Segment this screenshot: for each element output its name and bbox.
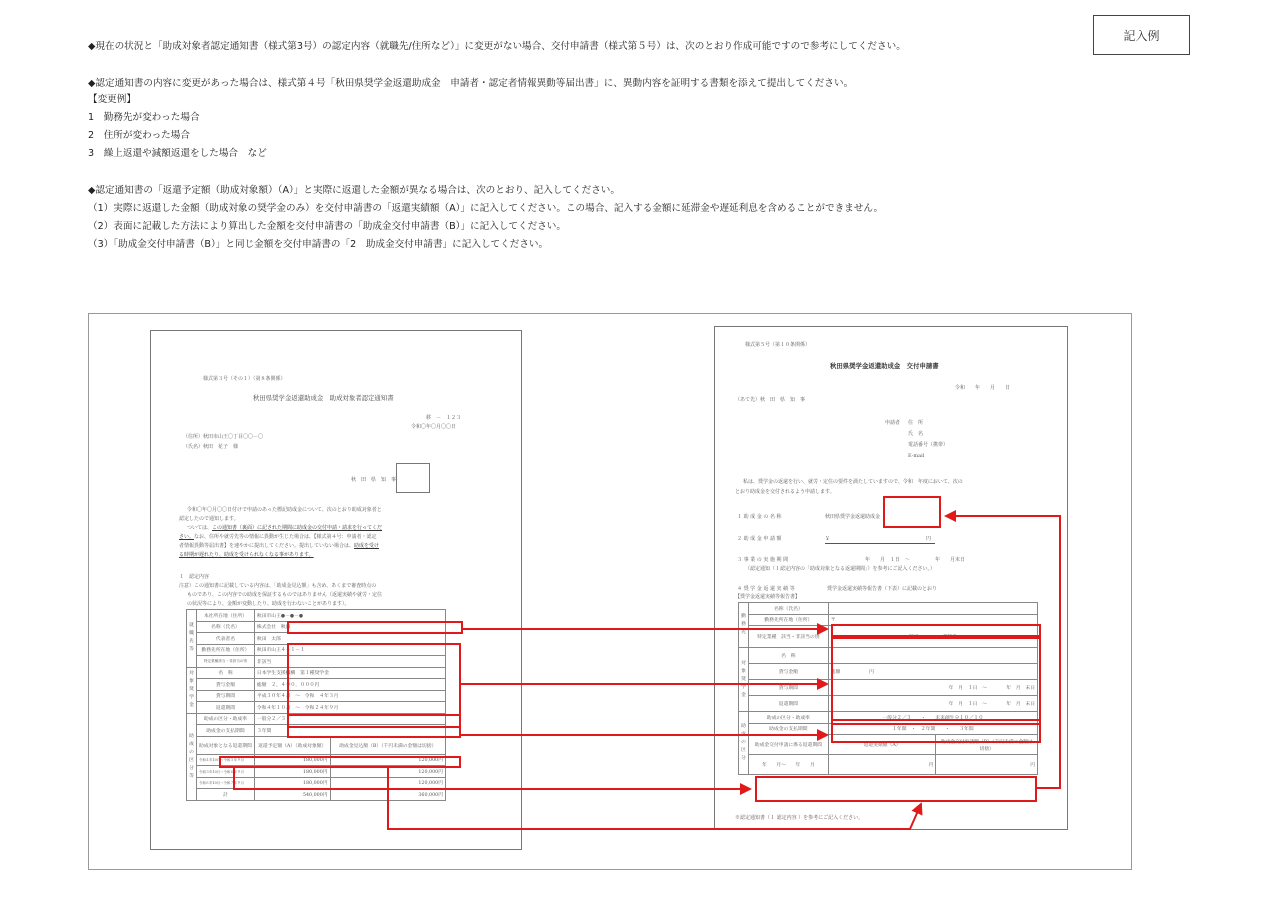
applicant-name: 氏 名 bbox=[908, 431, 923, 438]
left-body-3: ついては、この通知書（裏面）に記された期間に助成金の交付申請・請求を行ってくだ bbox=[187, 525, 382, 532]
step-3: （3）「助成金交付申請書（B）」と同じ金額を交付申請書の「2 助成金交付申請書」… bbox=[88, 238, 548, 251]
change-example-2: 2 住所が変わった場合 bbox=[88, 129, 190, 142]
item1-value: 秋田県奨学金返還助成金 bbox=[825, 514, 880, 521]
intro-line-2: ◆認定通知書の内容に変更があった場合は、様式第４号「秋田県奨学金返還助成金 申請… bbox=[88, 77, 853, 90]
example-badge: 記入例 bbox=[1093, 15, 1190, 55]
step-1: （1）実際に返還した金額（助成対象の奨学金のみ）を交付申請書の「返還実績額（A）… bbox=[88, 202, 883, 215]
left-address: （住所）秋田市山王〇丁目〇〇－〇 bbox=[183, 434, 263, 441]
left-form-label: 様式第３号（その１）（第８条関係） bbox=[203, 376, 286, 383]
repayment-period-input[interactable]: 年 月～ 年 月 bbox=[748, 755, 828, 775]
right-body-2: とおり助成金を交付されるよう申請します。 bbox=[735, 489, 835, 496]
report-title: 【奨学金返還実績等報告書】 bbox=[735, 594, 800, 601]
step-2: （2）表面に記載した方法により算出した金額を交付申請書の「助成金交付申請書（B）… bbox=[88, 220, 566, 233]
left-body-6: る時期が遅れたり、助成を受けられなくなる事があります。 bbox=[179, 552, 314, 559]
left-body-1: 令和〇年〇月〇〇日付けで申請のあった標記助成金について、次のとおり助成対象者と bbox=[187, 507, 382, 514]
grant-request-field[interactable]: 円 bbox=[936, 755, 1038, 775]
item3-value: 年 月 １日 ～ 年 月末日 bbox=[865, 557, 965, 564]
left-date: 令和〇年〇月〇〇日 bbox=[411, 424, 456, 431]
left-body-2: 認定したので通知します。 bbox=[179, 516, 239, 523]
right-report-table: 勤務先 名称（氏名） 勤務先所在地（住所）〒 特定業種 該当・非該当の別該当 ・… bbox=[738, 602, 1038, 775]
applicant-email: E-mail bbox=[908, 453, 924, 460]
change-example-1: 1 勤務先が変わった場合 bbox=[88, 111, 200, 124]
grant-application-document: 様式第５号（第１０条関係） 秋田県奨学金返還助成金 交付申請書 令和 年 月 日… bbox=[714, 326, 1068, 830]
right-date: 令和 年 月 日 bbox=[955, 385, 1010, 392]
right-footnote: ※認定通知書（１ 認定内容 ）を参考にご記入ください。 bbox=[735, 815, 863, 822]
item4-value: 奨学金返還実績等報告書（下表）に記載のとおり bbox=[827, 586, 937, 593]
industry-field[interactable]: 該当 ・ 非該当 bbox=[828, 626, 1037, 648]
left-issuer: 秋 田 県 知 事 bbox=[351, 477, 396, 484]
loan-amount-field[interactable]: 総額 円 bbox=[828, 664, 1037, 680]
left-body-5: 者情報異動等届出書】を速やかに提出してください。提出していない場合は、助成を受け bbox=[179, 543, 379, 550]
left-note-2: ものであり、この内容での助成を保証するものではありません（返還実績や就労・定住 bbox=[187, 592, 382, 599]
change-examples-heading: 【変更例】 bbox=[88, 93, 136, 106]
left-section-title: １ 認定内容 bbox=[179, 574, 209, 581]
seal-box bbox=[396, 463, 430, 493]
employer-address-field[interactable]: 〒 bbox=[828, 614, 1037, 626]
scholarship-name-field[interactable] bbox=[828, 648, 1037, 664]
applicant-address: 住 所 bbox=[908, 420, 923, 427]
right-doc-title: 秋田県奨学金返還助成金 交付申請書 bbox=[830, 363, 939, 370]
left-note-1: 注意）この通知書に記載している内容は、「助成金見込額」も含め、あくまで審査時点の bbox=[179, 583, 376, 590]
item2-label: ２ 助 成 金 申 請 額 bbox=[737, 536, 782, 543]
loan-period-field[interactable]: 年 月 １日 ～ 年 月 末日 bbox=[828, 680, 1037, 696]
applicant-label: 申請者 bbox=[885, 420, 900, 427]
employer-group-label: 就職先等 bbox=[187, 610, 197, 668]
intro-line-1: ◆現在の状況と「助成対象者認定通知書（様式第3号）の認定内容（就職先/住所など）… bbox=[88, 40, 906, 53]
intro-line-3: ◆認定通知書の「返還予定額（助成対象額）（A）」と実際に返還した金額が異なる場合… bbox=[88, 184, 620, 197]
applicant-phone: 電話番号（携帯） bbox=[908, 442, 948, 449]
employer-name-field[interactable] bbox=[828, 603, 1037, 615]
certification-notice-document: 様式第３号（その１）（第８条関係） 秋田県奨学金返還助成金 助成対象者認定通知書… bbox=[150, 330, 522, 850]
left-note-3: の状況等により、金額が変動したり、助成を行わないことがあります）。 bbox=[187, 601, 350, 608]
repayment-period-field[interactable]: 年 月 １日 ～ 年 月 末日 bbox=[828, 696, 1037, 712]
left-name: （氏名）秋田 花子 様 bbox=[183, 444, 238, 451]
item4-label: ４ 奨 学 金 返 還 実 績 等 bbox=[737, 586, 795, 593]
right-addressee: （あて先）秋 田 県 知 事 bbox=[735, 397, 805, 404]
item3-label: ３ 事 業 の 実 施 期 間 bbox=[737, 557, 788, 564]
left-doc-title: 秋田県奨学金返還助成金 助成対象者認定通知書 bbox=[253, 395, 394, 402]
right-form-label: 様式第５号（第１０条関係） bbox=[745, 342, 810, 349]
change-example-3: 3 繰上返還や減額返還をした場合 など bbox=[88, 147, 267, 160]
actual-repayment-field[interactable]: 円 bbox=[828, 755, 936, 775]
application-amount-field[interactable]: ￥円 bbox=[825, 536, 935, 544]
left-body-4: さい。なお、住所や就労先等の情報に異動が生じた場合は、【様式第４号：申請者・認定 bbox=[179, 534, 377, 541]
right-body-1: 私は、奨学金の返還を行い、就労・定住の要件を満たしていますので、令和 年度におい… bbox=[743, 479, 963, 486]
left-ref-no: 移 － １２３ bbox=[426, 415, 461, 422]
payment-period-field[interactable]: １年間 ・ ２年間 ・ ３年間 bbox=[828, 723, 1037, 735]
grant-category-field[interactable]: 一般分２／３ ・ 未来創生分１０／１０ bbox=[828, 712, 1037, 724]
item1-label: １ 助 成 金 の 名 称 bbox=[737, 514, 782, 521]
left-certification-table: 就職先等 本社所在地（住所）秋田市山王●－●－● 名称（氏名）株式会社 秋田 代… bbox=[186, 609, 446, 801]
item3-note: （認定通知（１認定内容の「助成対象となる返還期間」）を参考にご記入ください。） bbox=[745, 566, 935, 573]
